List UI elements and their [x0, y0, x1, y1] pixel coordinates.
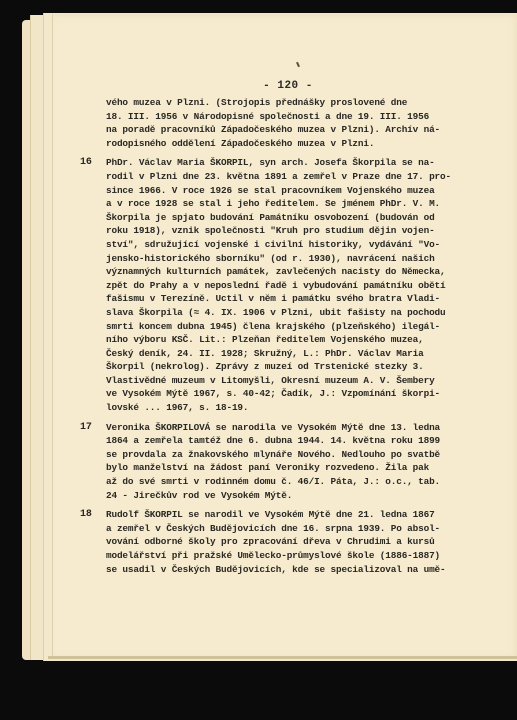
text-line: ve Vysokém Mýtě 1967, s. 40-42; Čadík, J… [106, 387, 451, 401]
text-line: slava Škorpila (≈ 4. IX. 1906 v Plzni, u… [106, 306, 451, 320]
text-line: a zemřel v Českých Budějovicích dne 16. … [106, 522, 446, 536]
text-line: na poradě pracovníků Západočeského muzea… [106, 123, 490, 137]
text-line: Rudolf ŠKORPIL se narodil ve Vysokém Mýt… [106, 508, 446, 522]
text-line: zpět do Prahy a v neposlední řadě i vybu… [106, 279, 451, 293]
document-text: vého muzea v Plzni. (Strojopis přednášky… [80, 96, 490, 582]
text-line: a v roce 1928 se stal i jeho ředitelem. … [106, 197, 451, 211]
stray-mark [296, 62, 300, 67]
footnote-entry: 18Rudolf ŠKORPIL se narodil ve Vysokém M… [80, 508, 490, 576]
text-line: Veronika ŠKORPILOVÁ se narodila ve Vysok… [106, 421, 440, 435]
text-line: 18. III. 1956 v Národopisné společnosti … [106, 110, 490, 124]
text-line: Český deník, 24. II. 1928; Skružný, L.: … [106, 347, 451, 361]
footnote-entry: 17Veronika ŠKORPILOVÁ se narodila ve Vys… [80, 421, 490, 503]
continuation-paragraph: vého muzea v Plzni. (Strojopis přednášky… [80, 96, 490, 150]
text-line: smrti koncem dubna 1945) člena krajského… [106, 320, 451, 334]
footnote-text: Rudolf ŠKORPIL se narodil ve Vysokém Mýt… [106, 508, 446, 576]
text-line: 24 - Jirečkův rod ve Vysokém Mýtě. [106, 489, 440, 503]
footnote-text: PhDr. Václav Maria ŠKORPIL, syn arch. Jo… [106, 156, 451, 414]
text-line: ního výboru KSČ. Lit.: Plzeňan ředitelem… [106, 333, 451, 347]
text-line: lovské ... 1967, s. 18-19. [106, 401, 451, 415]
text-line: Vlastivědné muzeum v Litomyšli, Okresní … [106, 374, 451, 388]
text-line: fašismu v Terezíně. Uctil v něm i památk… [106, 292, 451, 306]
text-line: 1864 a zemřela tamtéž dne 6. dubna 1944.… [106, 434, 440, 448]
text-line: ství", sdružující vojenské i civilní his… [106, 238, 451, 252]
text-line: vování odborné školy pro zpracování dřev… [106, 535, 446, 549]
text-line: se provdala za žnakovského mlynáře Novéh… [106, 448, 440, 462]
footnote-number: 16 [80, 156, 106, 414]
footnote-entries: 16PhDr. Václav Maria ŠKORPIL, syn arch. … [80, 156, 490, 576]
text-line: since 1966. V roce 1926 se stal pracovní… [106, 184, 451, 198]
footnote-number: 18 [80, 508, 106, 576]
text-line: Škorpil (nekrolog). Zprávy z muzeí od Tr… [106, 360, 451, 374]
text-line: rodil v Plzni dne 23. května 1891 a zemř… [106, 170, 451, 184]
page-bottom-edge [48, 656, 517, 659]
text-line: roku 1918), vznik společnosti "Kruh pro … [106, 224, 451, 238]
text-line: bylo manželství na žádost paní Veroniky … [106, 461, 440, 475]
text-line: modelářství při pražské Umělecko-průmysl… [106, 549, 446, 563]
text-line: významných kulturních památek, zavlečený… [106, 265, 451, 279]
footnote-number: 17 [80, 421, 106, 503]
text-line: až do své smrti v rodinném domu č. 46/I.… [106, 475, 440, 489]
text-line: rodopisného oddělení Západočeského muzea… [106, 137, 490, 151]
footnote-text: Veronika ŠKORPILOVÁ se narodila ve Vysok… [106, 421, 440, 503]
text-line: jensko-historického sborníku" (od r. 193… [106, 252, 451, 266]
text-line: se usadil v Českých Budějovicích, kde se… [106, 563, 446, 577]
footnote-entry: 16PhDr. Václav Maria ŠKORPIL, syn arch. … [80, 156, 490, 414]
page-number: - 120 - [53, 80, 517, 92]
text-line: vého muzea v Plzni. (Strojopis přednášky… [106, 96, 490, 110]
text-line: Škorpila je spjato budování Památníku os… [106, 211, 451, 225]
text-line: PhDr. Václav Maria ŠKORPIL, syn arch. Jo… [106, 156, 451, 170]
